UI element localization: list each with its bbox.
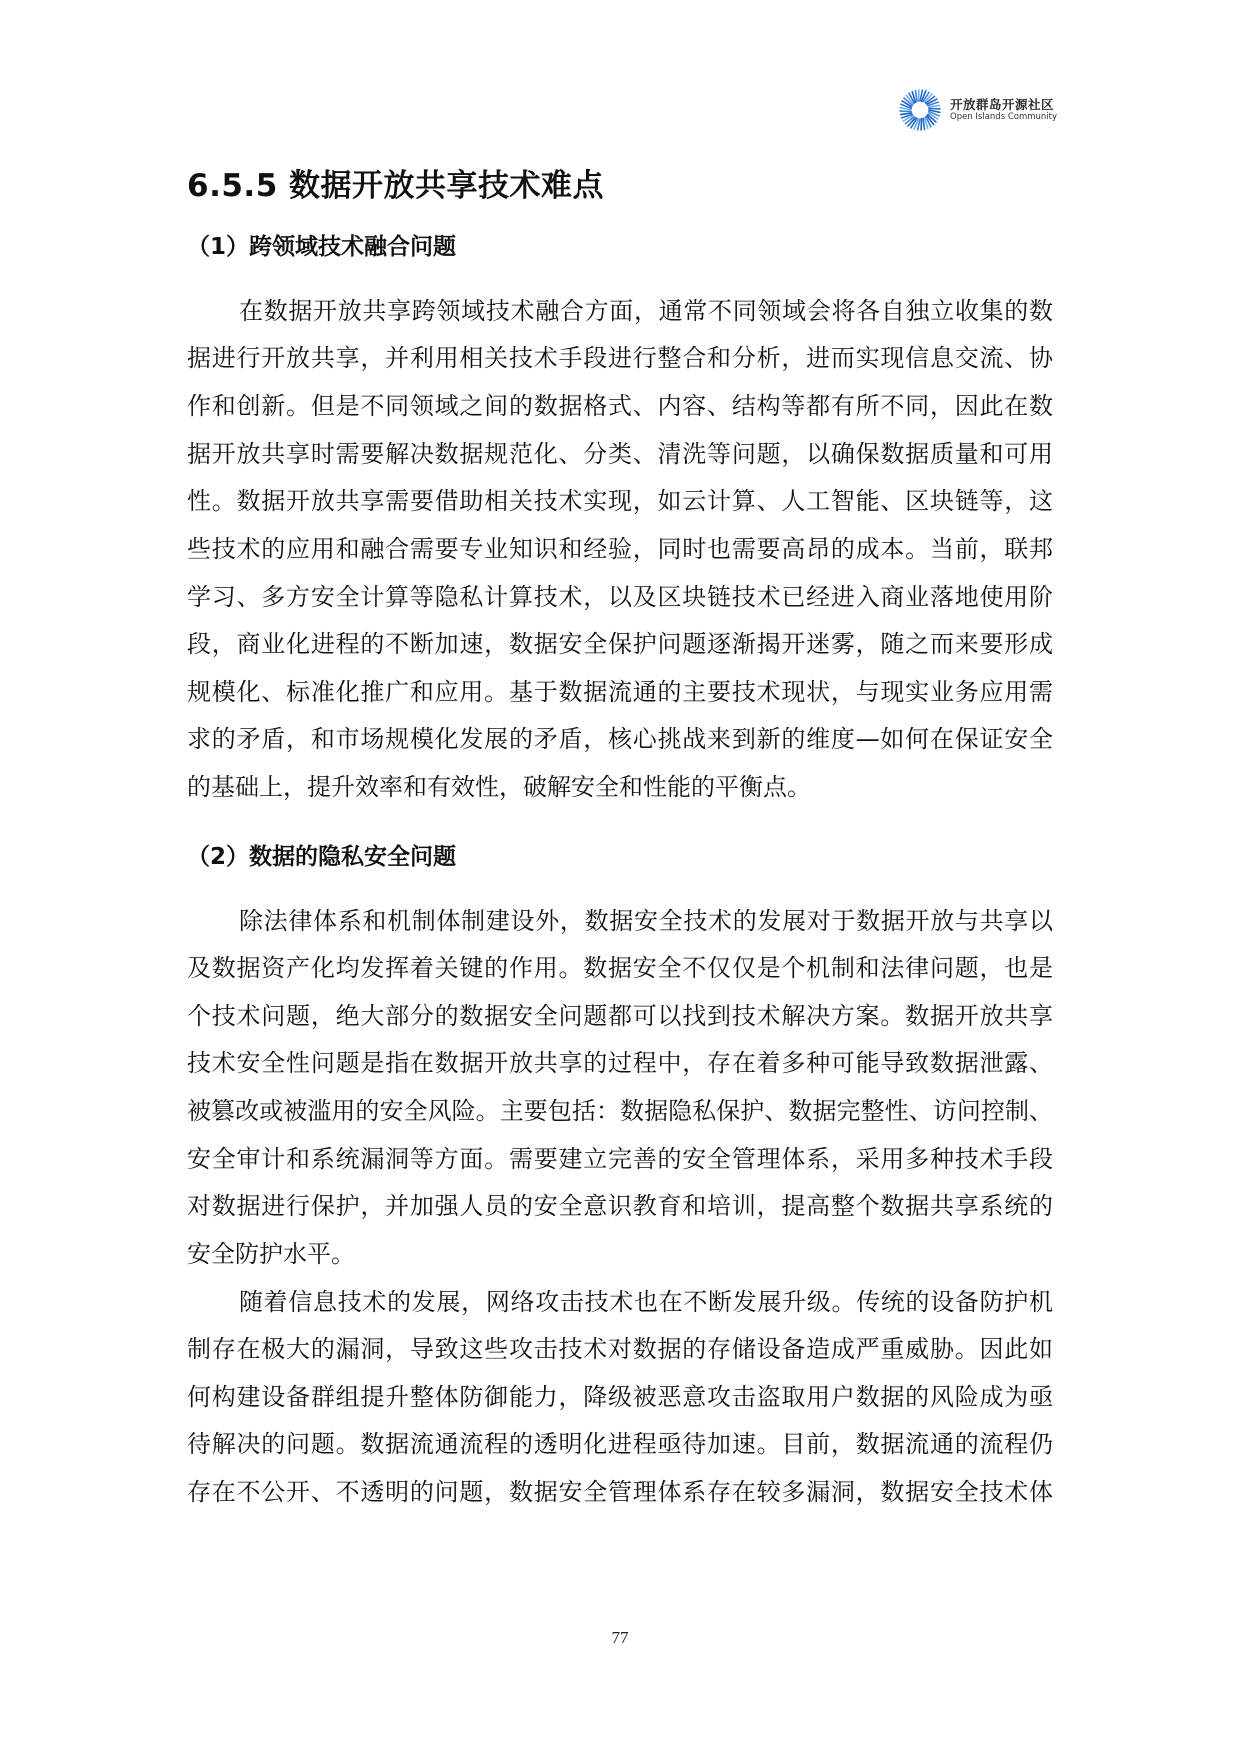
paragraph-line: 的基础上，提升效率和有效性，破解安全和性能的平衡点。 bbox=[187, 772, 1053, 802]
page-number: 77 bbox=[0, 1628, 1240, 1648]
paragraph-line: 规模化、标准化推广和应用。基于数据流通的主要技术现状，与现实业务应用需 bbox=[187, 677, 1053, 707]
paragraph-line: 被篡改或被滥用的安全风险。主要包括：数据隐私保护、数据完整性、访问控制、 bbox=[187, 1096, 1053, 1126]
paragraph-line: 技术安全性问题是指在数据开放共享的过程中，存在着多种可能导致数据泄露、 bbox=[187, 1048, 1053, 1078]
section-title: 6.5.5 数据开放共享技术难点 bbox=[187, 160, 604, 205]
sunburst-ring-icon bbox=[898, 88, 942, 132]
paragraph-line: 对数据进行保护，并加强人员的安全意识教育和培训，提高整个数据共享系统的 bbox=[187, 1191, 1053, 1221]
paragraph-line: 个技术问题，绝大部分的数据安全问题都可以找到技术解决方案。数据开放共享 bbox=[187, 1001, 1053, 1031]
paragraph-line: 在数据开放共享跨领域技术融合方面，通常不同领域会将各自独立收集的数 bbox=[239, 296, 1053, 326]
paragraph-line: 制存在极大的漏洞，导致这些攻击技术对数据的存储设备造成严重威胁。因此如 bbox=[187, 1334, 1053, 1364]
paragraph-line: 安全审计和系统漏洞等方面。需要建立完善的安全管理体系，采用多种技术手段 bbox=[187, 1144, 1053, 1174]
logo-text: 开放群岛开源社区 Open Islands Community bbox=[950, 97, 1057, 123]
paragraph-line: 何构建设备群组提升整体防御能力，降级被恶意攻击盗取用户数据的风险成为亟 bbox=[187, 1382, 1053, 1412]
paragraph-line: 随着信息技术的发展，网络攻击技术也在不断发展升级。传统的设备防护机 bbox=[239, 1287, 1053, 1317]
paragraph-line: 除法律体系和机制体制建设外，数据安全技术的发展对于数据开放与共享以 bbox=[239, 906, 1053, 936]
paragraph-line: 据开放共享时需要解决数据规范化、分类、清洗等问题，以确保数据质量和可用 bbox=[187, 439, 1053, 469]
paragraph-line: 作和创新。但是不同领域之间的数据格式、内容、结构等都有所不同，因此在数 bbox=[187, 391, 1053, 421]
paragraph-line: 待解决的问题。数据流通流程的透明化进程亟待加速。目前，数据流通的流程仍 bbox=[187, 1429, 1053, 1459]
paragraph-line: 性。数据开放共享需要借助相关技术实现，如云计算、人工智能、区块链等，这 bbox=[187, 486, 1053, 516]
paragraph-line: 安全防护水平。 bbox=[187, 1239, 1053, 1269]
logo-chinese-name: 开放群岛开源社区 bbox=[950, 97, 1057, 112]
paragraph-line: 求的矛盾，和市场规模化发展的矛盾，核心挑战来到新的维度—如何在保证安全 bbox=[187, 724, 1053, 754]
paragraph-line: 学习、多方安全计算等隐私计算技术，以及区块链技术已经进入商业落地使用阶 bbox=[187, 582, 1053, 612]
paragraph-line: 些技术的应用和融合需要专业知识和经验，同时也需要高昂的成本。当前，联邦 bbox=[187, 534, 1053, 564]
subsection-heading-1: （1）跨领域技术融合问题 bbox=[187, 228, 456, 261]
paragraph-line: 据进行开放共享，并利用相关技术手段进行整合和分析，进而实现信息交流、协 bbox=[187, 343, 1053, 373]
header-logo: 开放群岛开源社区 Open Islands Community bbox=[898, 88, 1057, 132]
paragraph-line: 段，商业化进程的不断加速，数据安全保护问题逐渐揭开迷雾，随之而来要形成 bbox=[187, 629, 1053, 659]
subsection-heading-2: （2）数据的隐私安全问题 bbox=[187, 838, 456, 871]
paragraph-line: 存在不公开、不透明的问题，数据安全管理体系存在较多漏洞，数据安全技术体 bbox=[187, 1477, 1053, 1507]
paragraph-line: 及数据资产化均发挥着关键的作用。数据安全不仅仅是个机制和法律问题，也是 bbox=[187, 953, 1053, 983]
logo-english-name: Open Islands Community bbox=[950, 112, 1057, 123]
